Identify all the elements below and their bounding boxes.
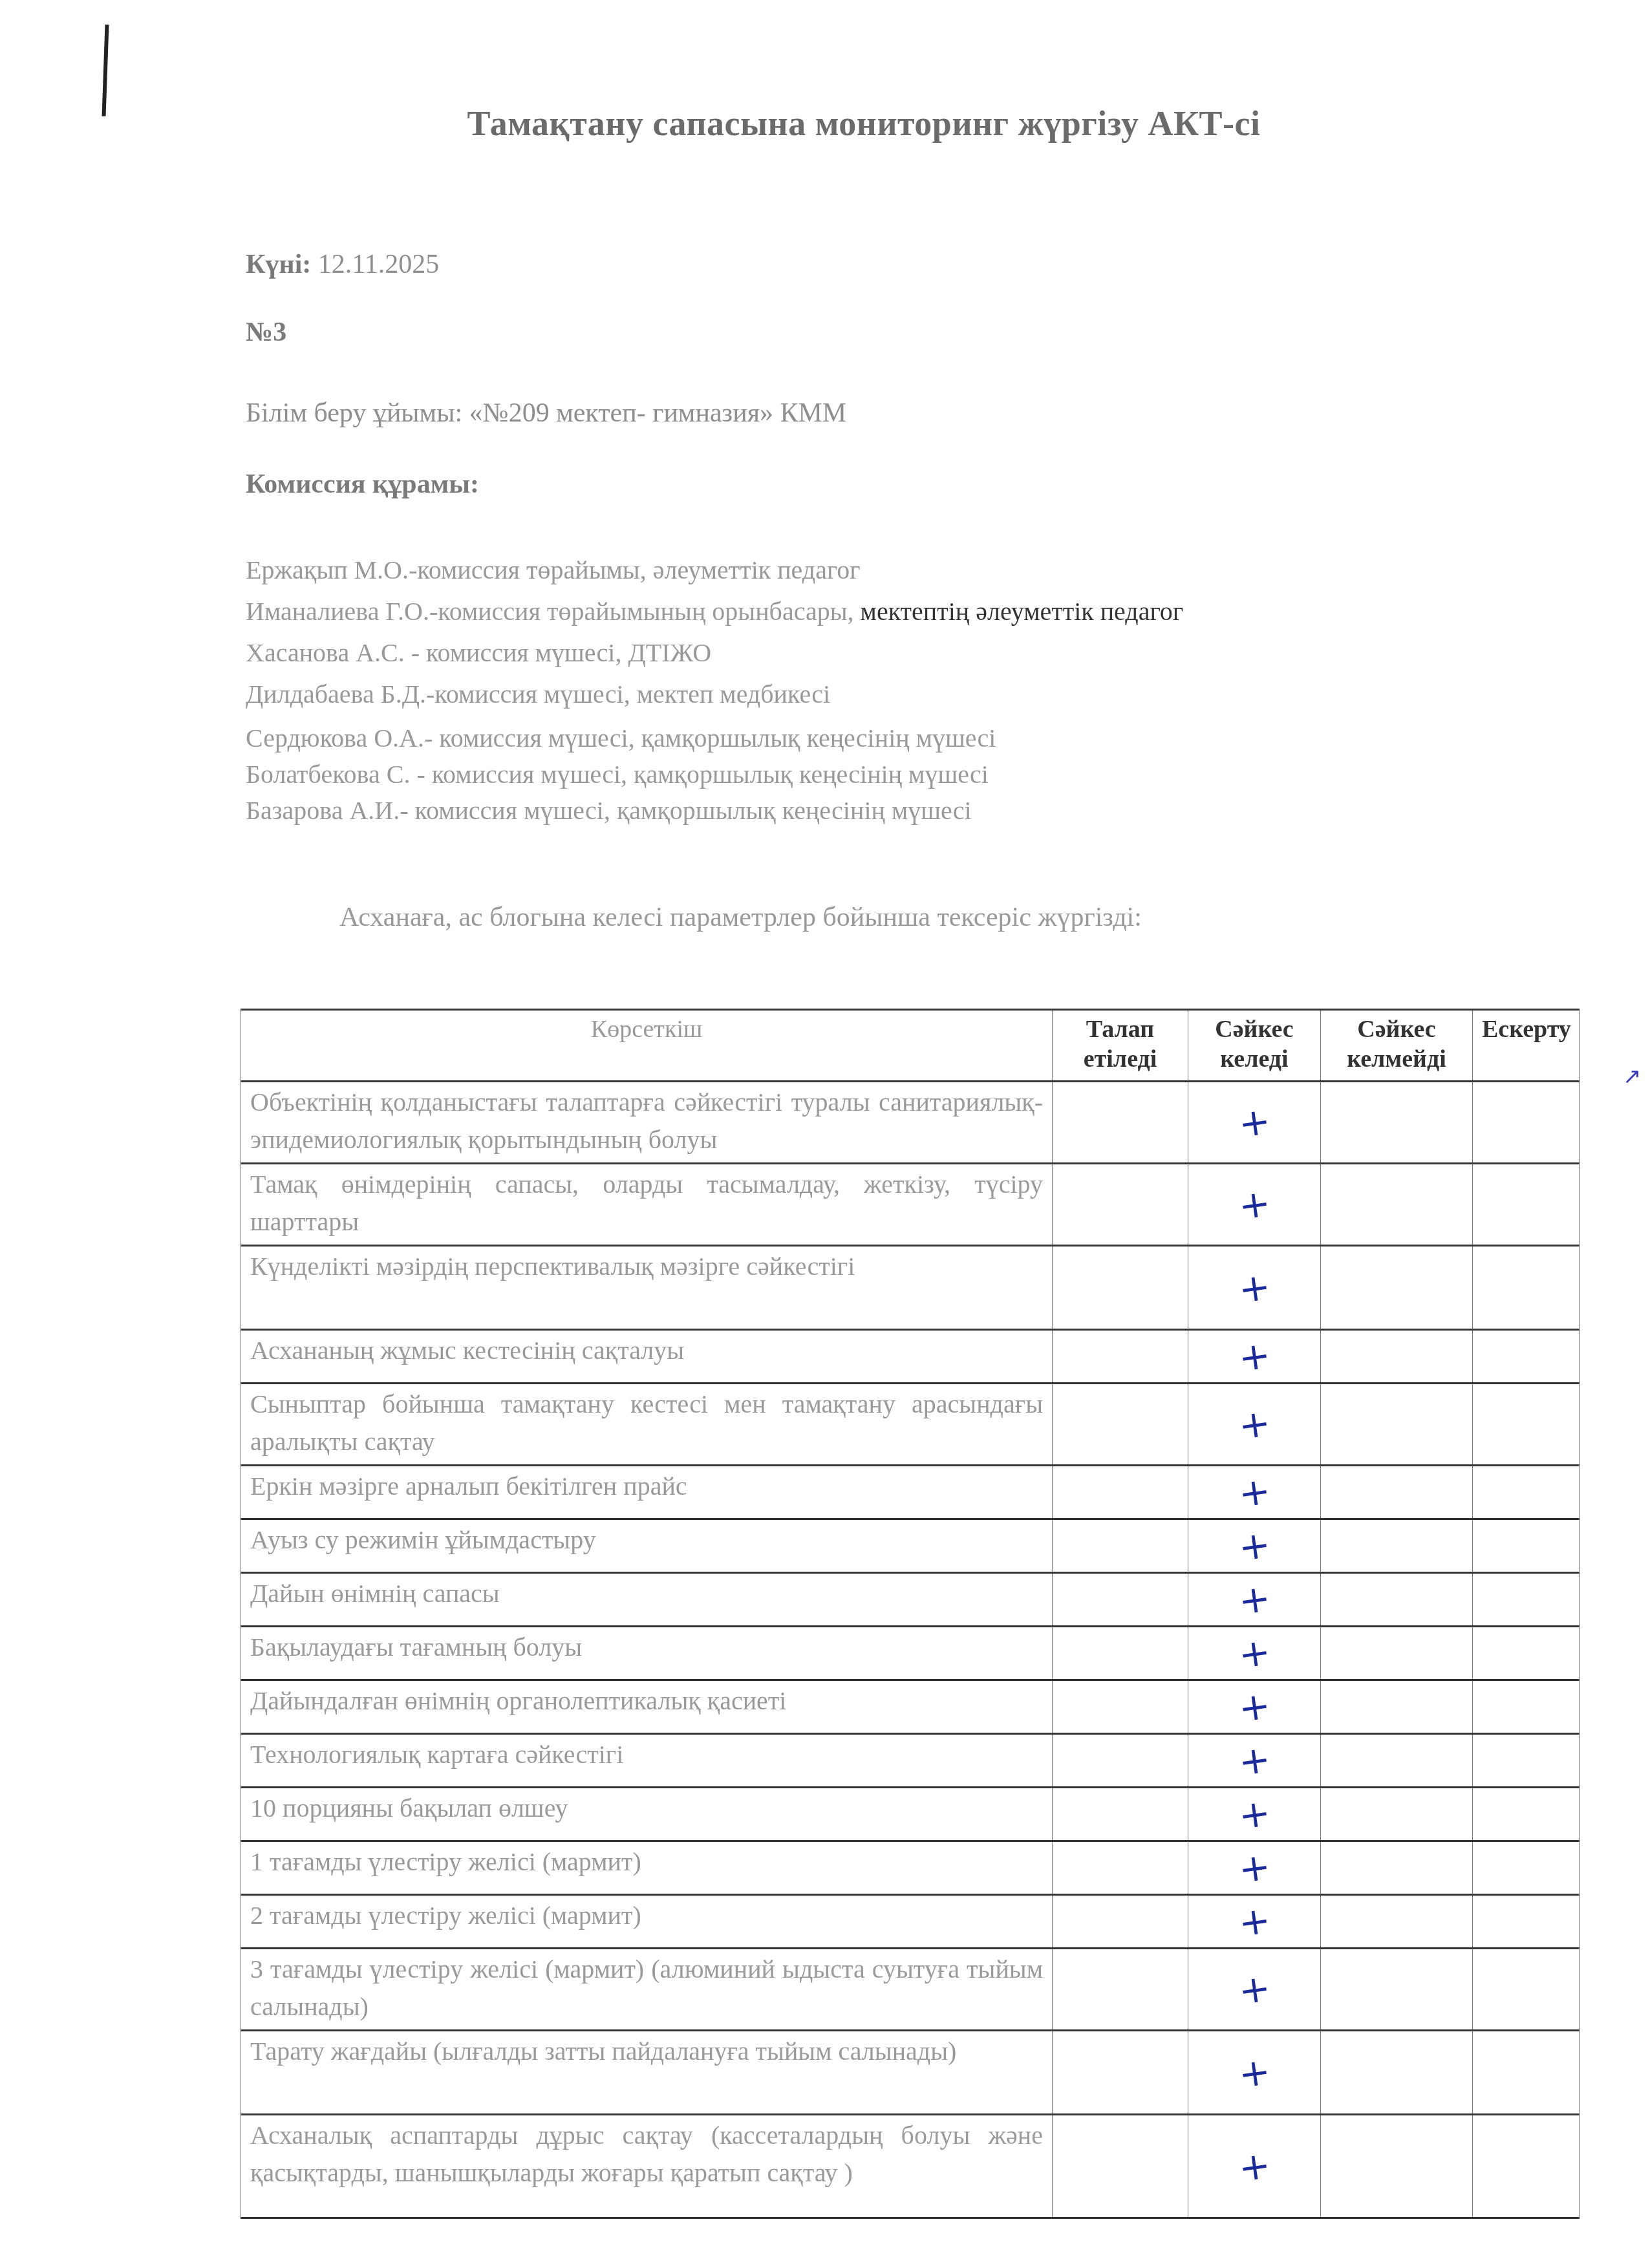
note-cell (1473, 1384, 1580, 1466)
commission-member: Болатбекова С. - комиссия мүшесі, қамқор… (246, 756, 1183, 793)
compliant-cell: + (1188, 1680, 1321, 1734)
required-cell (1053, 2115, 1188, 2218)
header-compliant: Сәйкес келеді (1188, 1010, 1321, 1082)
compliant-cell: + (1188, 1734, 1321, 1788)
commission-member: Дилдабаева Б.Д.-комиссия мүшесі, мектеп … (246, 674, 1183, 715)
required-cell (1053, 1734, 1188, 1788)
handwritten-plus-icon: + (1236, 1263, 1273, 1311)
required-cell (1053, 1841, 1188, 1895)
commission-member: Ержақып М.О.-комиссия төрайымы, әлеуметт… (246, 550, 1183, 591)
handwritten-plus-icon: + (1236, 1181, 1273, 1228)
commission-member: Базарова А.И.- комиссия мүшесі, қамқоршы… (246, 793, 1183, 829)
indicator-cell: 3 тағамды үлестіру желісі (мармит) (алюм… (241, 1949, 1053, 2031)
note-cell (1473, 1330, 1580, 1384)
required-cell (1053, 1164, 1188, 1246)
table-header-row: Көрсеткіш Талап етіледі Сәйкес келеді Сә… (241, 1010, 1580, 1082)
header-required: Талап етіледі (1053, 1010, 1188, 1082)
inspection-table: Көрсеткіш Талап етіледі Сәйкес келеді Сә… (241, 1009, 1580, 2219)
commission-heading: Комиссия құрамы: (246, 469, 479, 500)
handwritten-plus-icon: + (1236, 1468, 1273, 1516)
compliant-cell: + (1188, 1082, 1321, 1164)
handwritten-plus-icon: + (1236, 1965, 1273, 2013)
table-row: 3 тағамды үлестіру желісі (мармит) (алюм… (241, 1949, 1580, 2031)
indicator-cell: Тарату жағдайы (ылғалды затты пайдалануғ… (241, 2031, 1053, 2115)
handwritten-plus-icon: + (1236, 1098, 1273, 1146)
note-cell (1473, 1519, 1580, 1573)
handwritten-plus-icon: + (1236, 1400, 1273, 1448)
indicator-cell: Ауыз су режимін ұйымдастыру (241, 1519, 1053, 1573)
non-compliant-cell (1321, 1949, 1473, 2031)
table-row: Асханалық аспаптарды дұрыс сақтау (кассе… (241, 2115, 1580, 2218)
document-title: Тамақтану сапасына мониторинг жүргізу АК… (0, 103, 1650, 144)
table-row: Тамақ өнімдерінің сапасы, оларды тасымал… (241, 1164, 1580, 1246)
non-compliant-cell (1321, 1082, 1473, 1164)
indicator-cell: 10 порцияны бақылап өлшеу (241, 1788, 1053, 1841)
compliant-cell: + (1188, 1466, 1321, 1519)
required-cell (1053, 1330, 1188, 1384)
required-cell (1053, 1384, 1188, 1466)
commission-members-list: Ержақып М.О.-комиссия төрайымы, әлеуметт… (246, 550, 1183, 829)
required-cell (1053, 1680, 1188, 1734)
non-compliant-cell (1321, 1164, 1473, 1246)
table-row: Бақылаудағы тағамның болуы+ (241, 1627, 1580, 1680)
table-row: 2 тағамды үлестіру желісі (мармит)+ (241, 1895, 1580, 1949)
required-cell (1053, 1246, 1188, 1330)
compliant-cell: + (1188, 1384, 1321, 1466)
compliant-cell: + (1188, 2031, 1321, 2115)
act-number: №3 (246, 317, 286, 348)
required-cell (1053, 2031, 1188, 2115)
compliant-cell: + (1188, 1949, 1321, 2031)
note-cell (1473, 1680, 1580, 1734)
table-row: Асхананың жұмыс кестесінің сақталуы+ (241, 1330, 1580, 1384)
compliant-cell: + (1188, 2115, 1321, 2218)
note-cell (1473, 1841, 1580, 1895)
indicator-cell: Объектінің қолданыстағы талаптарға сәйке… (241, 1082, 1053, 1164)
commission-member: Сердюкова О.А.- комиссия мүшесі, қамқорш… (246, 720, 1183, 756)
table-row: Технологиялық картаға сәйкестігі+ (241, 1734, 1580, 1788)
table-row: Сыныптар бойынша тамақтану кестесі мен т… (241, 1384, 1580, 1466)
header-non-compliant: Сәйкес келмейді (1321, 1010, 1473, 1082)
handwritten-plus-icon: + (1236, 1629, 1273, 1677)
required-cell (1053, 1082, 1188, 1164)
indicator-cell: Дайын өнімнің сапасы (241, 1573, 1053, 1627)
table-row: 10 порцияны бақылап өлшеу+ (241, 1788, 1580, 1841)
organization-line: Білім беру ұйымы: «№209 мектеп- гимназия… (246, 398, 846, 429)
table-body: Объектінің қолданыстағы талаптарға сәйке… (241, 1082, 1580, 2218)
required-cell (1053, 1466, 1188, 1519)
table-row: Еркін мәзірге арналып бекітілген прайс+ (241, 1466, 1580, 1519)
handwritten-plus-icon: + (1236, 1844, 1273, 1892)
required-cell (1053, 1949, 1188, 2031)
table-row: Дайындалған өнімнің органолептикалық қас… (241, 1680, 1580, 1734)
non-compliant-cell (1321, 1246, 1473, 1330)
compliant-cell: + (1188, 1573, 1321, 1627)
note-cell (1473, 1788, 1580, 1841)
non-compliant-cell (1321, 1895, 1473, 1949)
non-compliant-cell (1321, 2031, 1473, 2115)
handwritten-plus-icon: + (1236, 2142, 1273, 2190)
commission-member: Хасанова А.С. - комиссия мүшесі, ДТІЖО (246, 632, 1183, 674)
table-row: 1 тағамды үлестіру желісі (мармит)+ (241, 1841, 1580, 1895)
note-cell (1473, 1949, 1580, 2031)
handwritten-plus-icon: + (1236, 1332, 1273, 1380)
non-compliant-cell (1321, 1788, 1473, 1841)
compliant-cell: + (1188, 1519, 1321, 1573)
table-row: Тарату жағдайы (ылғалды затты пайдалануғ… (241, 2031, 1580, 2115)
note-cell (1473, 2031, 1580, 2115)
indicator-cell: Еркін мәзірге арналып бекітілген прайс (241, 1466, 1053, 1519)
handwritten-plus-icon: + (1236, 1898, 1273, 1945)
compliant-cell: + (1188, 1330, 1321, 1384)
margin-pen-mark-icon: ↗ (1623, 1064, 1642, 1089)
indicator-cell: 1 тағамды үлестіру желісі (мармит) (241, 1841, 1053, 1895)
note-cell (1473, 1246, 1580, 1330)
note-cell (1473, 2115, 1580, 2218)
required-cell (1053, 1788, 1188, 1841)
table-row: Күнделікті мәзірдің перспективалық мәзір… (241, 1246, 1580, 1330)
table-row: Дайын өнімнің сапасы+ (241, 1573, 1580, 1627)
indicator-cell: Бақылаудағы тағамның болуы (241, 1627, 1053, 1680)
non-compliant-cell (1321, 1573, 1473, 1627)
compliant-cell: + (1188, 1895, 1321, 1949)
header-indicator: Көрсеткіш (241, 1010, 1053, 1082)
compliant-cell: + (1188, 1841, 1321, 1895)
non-compliant-cell (1321, 1519, 1473, 1573)
note-cell (1473, 1734, 1580, 1788)
handwritten-plus-icon: + (1236, 1576, 1273, 1623)
indicator-cell: 2 тағамды үлестіру желісі (мармит) (241, 1895, 1053, 1949)
date-value: 12.11.2025 (318, 250, 439, 279)
non-compliant-cell (1321, 1627, 1473, 1680)
date-label: Күні: (246, 250, 311, 279)
indicator-cell: Асханалық аспаптарды дұрыс сақтау (кассе… (241, 2115, 1053, 2218)
handwritten-plus-icon: + (1236, 2048, 1273, 2096)
non-compliant-cell (1321, 1330, 1473, 1384)
indicator-cell: Дайындалған өнімнің органолептикалық қас… (241, 1680, 1053, 1734)
required-cell (1053, 1519, 1188, 1573)
date-line: Күні: 12.11.2025 (246, 249, 439, 280)
note-cell (1473, 1082, 1580, 1164)
header-note: Ескерту (1473, 1010, 1580, 1082)
handwritten-plus-icon: + (1236, 1522, 1273, 1570)
inspection-intro: Асханаға, ас блогына келесі параметрлер … (339, 902, 1142, 933)
table-row: Ауыз су режимін ұйымдастыру+ (241, 1519, 1580, 1573)
indicator-cell: Күнделікті мәзірдің перспективалық мәзір… (241, 1246, 1053, 1330)
note-cell (1473, 1164, 1580, 1246)
indicator-cell: Технологиялық картаға сәйкестігі (241, 1734, 1053, 1788)
note-cell (1473, 1895, 1580, 1949)
handwritten-plus-icon: + (1236, 1790, 1273, 1838)
handwritten-plus-icon: + (1236, 1737, 1273, 1784)
non-compliant-cell (1321, 1680, 1473, 1734)
commission-member: Иманалиева Г.О.-комиссия төрайымының оры… (246, 591, 1183, 632)
compliant-cell: + (1188, 1627, 1321, 1680)
handwritten-plus-icon: + (1236, 1683, 1273, 1731)
table-row: Объектінің қолданыстағы талаптарға сәйке… (241, 1082, 1580, 1164)
indicator-cell: Асхананың жұмыс кестесінің сақталуы (241, 1330, 1053, 1384)
indicator-cell: Тамақ өнімдерінің сапасы, оларды тасымал… (241, 1164, 1053, 1246)
non-compliant-cell (1321, 1466, 1473, 1519)
scan-pen-mark (102, 25, 109, 116)
compliant-cell: + (1188, 1246, 1321, 1330)
non-compliant-cell (1321, 2115, 1473, 2218)
non-compliant-cell (1321, 1841, 1473, 1895)
non-compliant-cell (1321, 1734, 1473, 1788)
required-cell (1053, 1627, 1188, 1680)
required-cell (1053, 1895, 1188, 1949)
note-cell (1473, 1466, 1580, 1519)
note-cell (1473, 1627, 1580, 1680)
required-cell (1053, 1573, 1188, 1627)
indicator-cell: Сыныптар бойынша тамақтану кестесі мен т… (241, 1384, 1053, 1466)
compliant-cell: + (1188, 1164, 1321, 1246)
non-compliant-cell (1321, 1384, 1473, 1466)
compliant-cell: + (1188, 1788, 1321, 1841)
note-cell (1473, 1573, 1580, 1627)
